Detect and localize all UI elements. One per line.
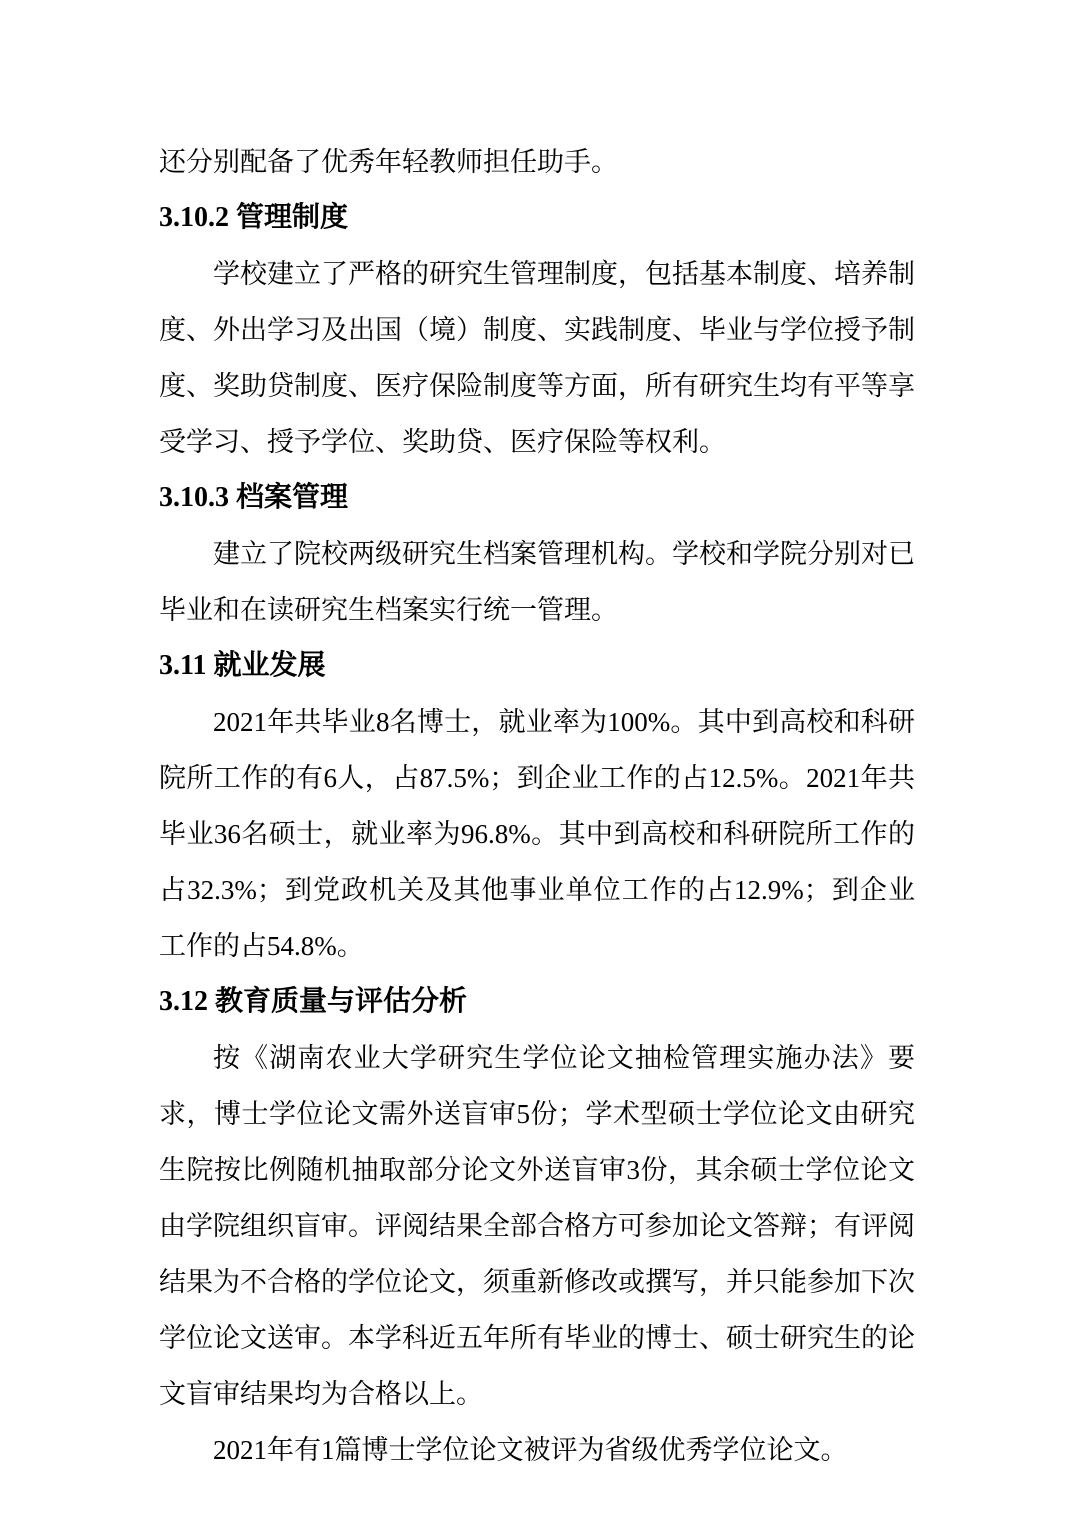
paragraph-archives-management: 建立了院校两级研究生档案管理机构。学校和学院分别对已毕业和在读研究生档案实行统一… [159,526,915,638]
paragraph-assistants-continuation: 还分别配备了优秀年轻教师担任助手。 [159,134,915,190]
heading-management-system: 3.10.2 管理制度 [159,190,915,246]
document-content: 还分别配备了优秀年轻教师担任助手。 3.10.2 管理制度 学校建立了严格的研究… [159,134,915,1478]
heading-employment-development: 3.11 就业发展 [159,638,915,694]
paragraph-management-system: 学校建立了严格的研究生管理制度，包括基本制度、培养制度、外出学习及出国（境）制度… [159,246,915,470]
paragraph-employment-statistics: 2021年共毕业8名博士，就业率为100%。其中到高校和科研院所工作的有6人，占… [159,694,915,974]
heading-archives-management: 3.10.3 档案管理 [159,470,915,526]
paragraph-outstanding-thesis: 2021年有1篇博士学位论文被评为省级优秀学位论文。 [159,1422,915,1478]
heading-education-quality-evaluation: 3.12 教育质量与评估分析 [159,974,915,1030]
paragraph-thesis-blind-review: 按《湖南农业大学研究生学位论文抽检管理实施办法》要求，博士学位论文需外送盲审5份… [159,1030,915,1422]
document-page: 还分别配备了优秀年轻教师担任助手。 3.10.2 管理制度 学校建立了严格的研究… [0,0,1074,1520]
